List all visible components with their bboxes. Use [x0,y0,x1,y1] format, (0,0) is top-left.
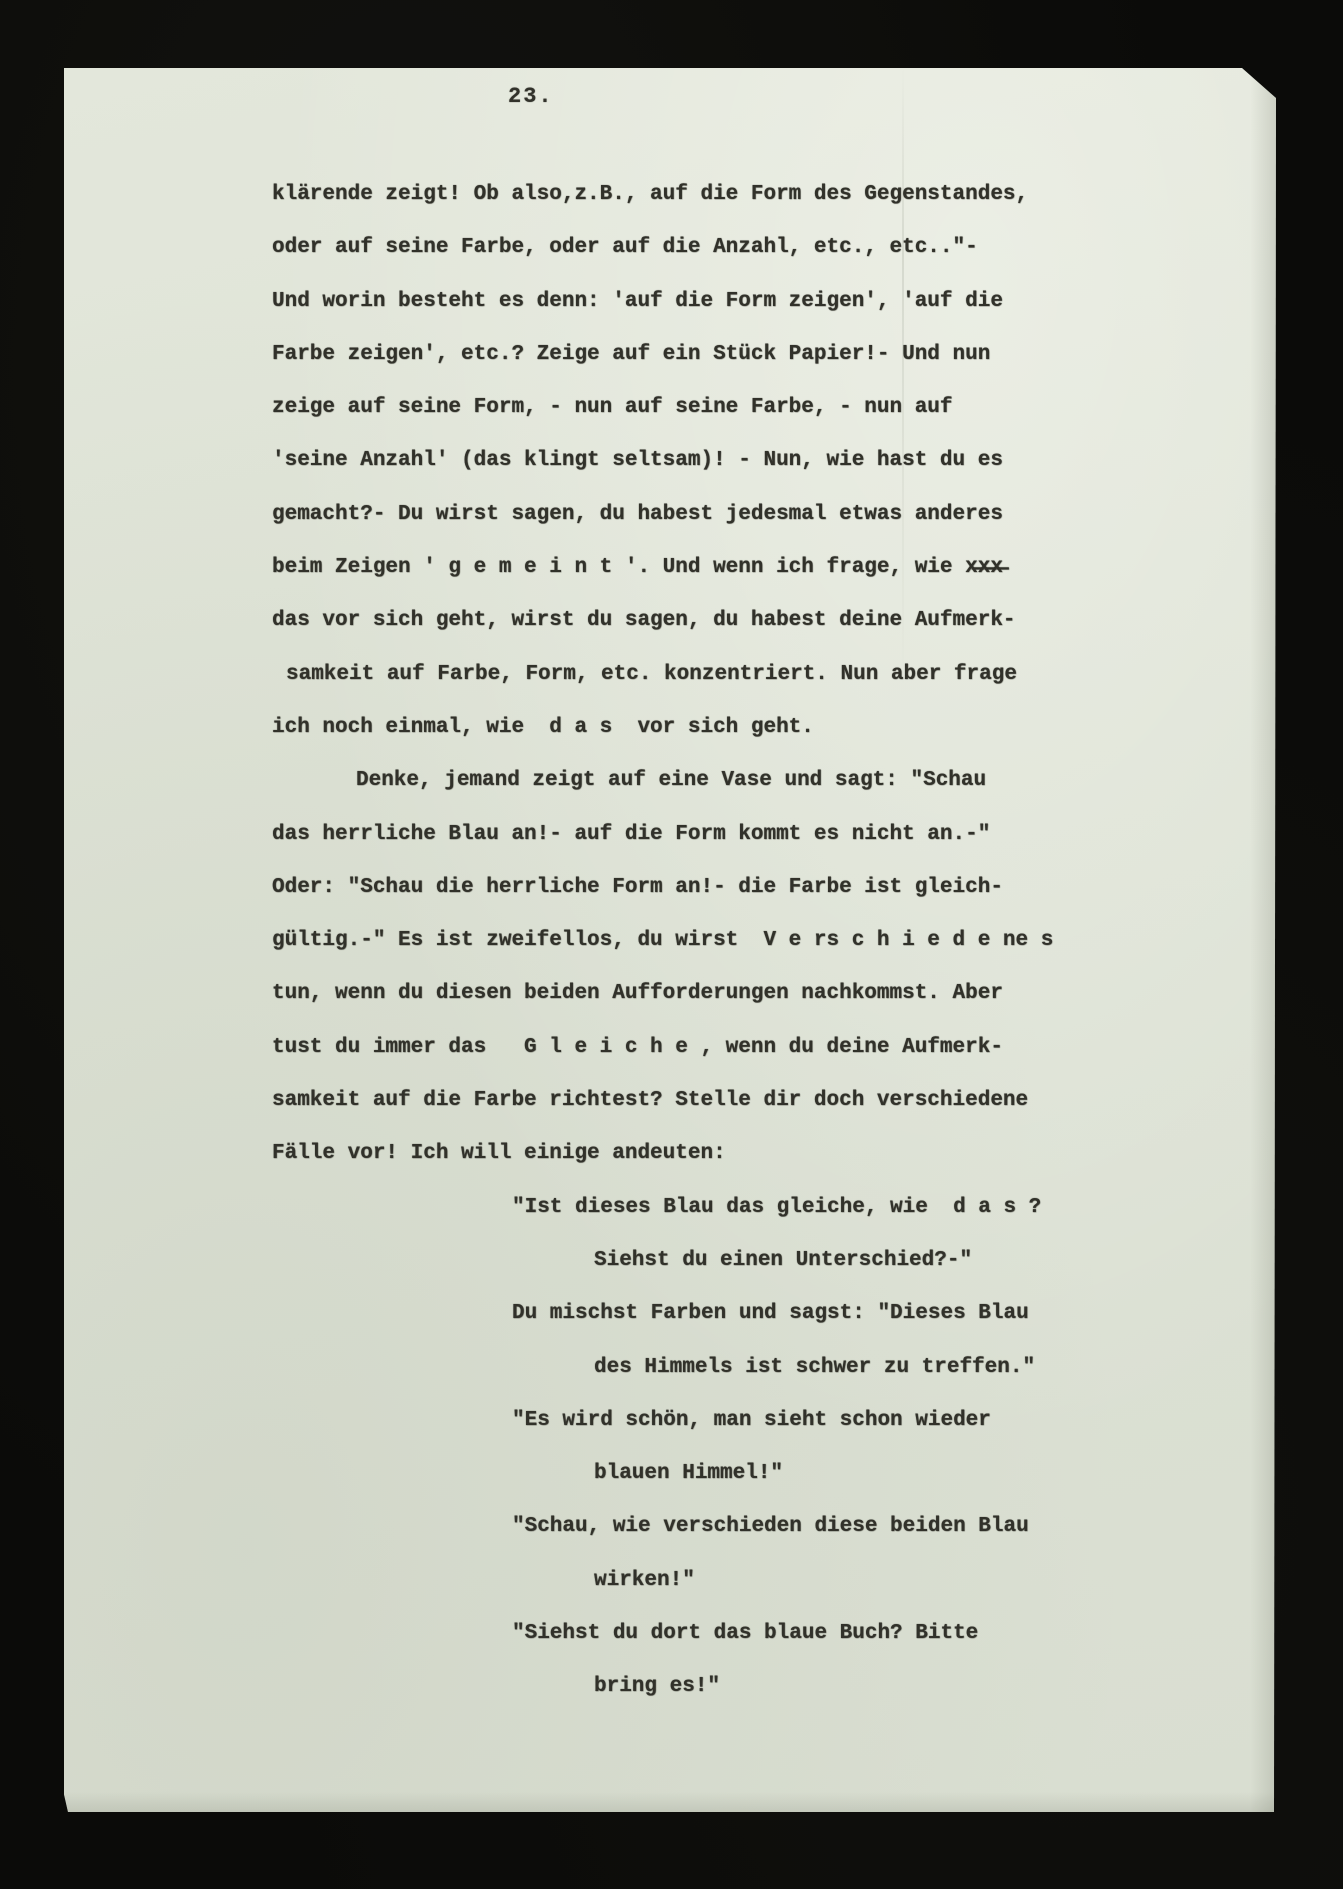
typed-line: tun, wenn du diesen beiden Aufforderunge… [272,967,1272,1020]
typed-line: ich noch einmal, wie d a s vor sich geht… [272,701,1272,754]
typed-line: bring es!" [594,1660,1272,1713]
typed-line: das herrliche Blau an!- auf die Form kom… [272,808,1272,861]
typed-line: "Ist dieses Blau das gleiche, wie d a s … [512,1181,1272,1234]
paper-edge-shadow-bottom [64,1792,1276,1812]
typed-line: des Himmels ist schwer zu treffen." [594,1341,1272,1394]
typed-line: "Schau, wie verschieden diese beiden Bla… [512,1500,1272,1553]
typed-line: Oder: "Schau die herrliche Form an!- die… [272,861,1272,914]
typed-line: 'seine Anzahl' (das klingt seltsam)! - N… [272,434,1272,487]
manuscript-page: 23. klärende zeigt! Ob also,z.B., auf di… [64,68,1276,1812]
typed-line: Denke, jemand zeigt auf eine Vase und sa… [356,754,1272,807]
typed-line: gültig.-" Es ist zweifellos, du wirst V … [272,914,1272,967]
typed-line: tust du immer das G l e i c h e , wenn d… [272,1021,1272,1074]
typed-line: wirken!" [594,1554,1272,1607]
typed-line: Fälle vor! Ich will einige andeuten: [272,1127,1272,1180]
typed-text-block: klärende zeigt! Ob also,z.B., auf die Fo… [272,168,1272,1714]
typed-line: samkeit auf die Farbe richtest? Stelle d… [272,1074,1272,1127]
typed-line: Farbe zeigen', etc.? Zeige auf ein Stück… [272,328,1272,381]
typed-line: beim Zeigen ' g e m e i n t '. Und wenn … [272,541,1272,594]
typed-line: das vor sich geht, wirst du sagen, du ha… [272,594,1272,647]
typed-line: Siehst du einen Unterschied?-" [594,1234,1272,1287]
typed-line: "Es wird schön, man sieht schon wieder [512,1394,1272,1447]
typed-line: Und worin besteht es denn: 'auf die Form… [272,275,1272,328]
typed-line: "Siehst du dort das blaue Buch? Bitte [512,1607,1272,1660]
typed-line: zeige auf seine Form, - nun auf seine Fa… [272,381,1272,434]
typed-line: blauen Himmel!" [594,1447,1272,1500]
page-number: 23. [508,84,554,109]
typed-line: Du mischst Farben und sagst: "Dieses Bla… [512,1287,1272,1340]
typed-line: samkeit auf Farbe, Form, etc. konzentrie… [286,648,1272,701]
typed-line: oder auf seine Farbe, oder auf die Anzah… [272,221,1272,274]
typed-line: klärende zeigt! Ob also,z.B., auf die Fo… [272,168,1272,221]
typed-line: gemacht?- Du wirst sagen, du habest jede… [272,488,1272,541]
